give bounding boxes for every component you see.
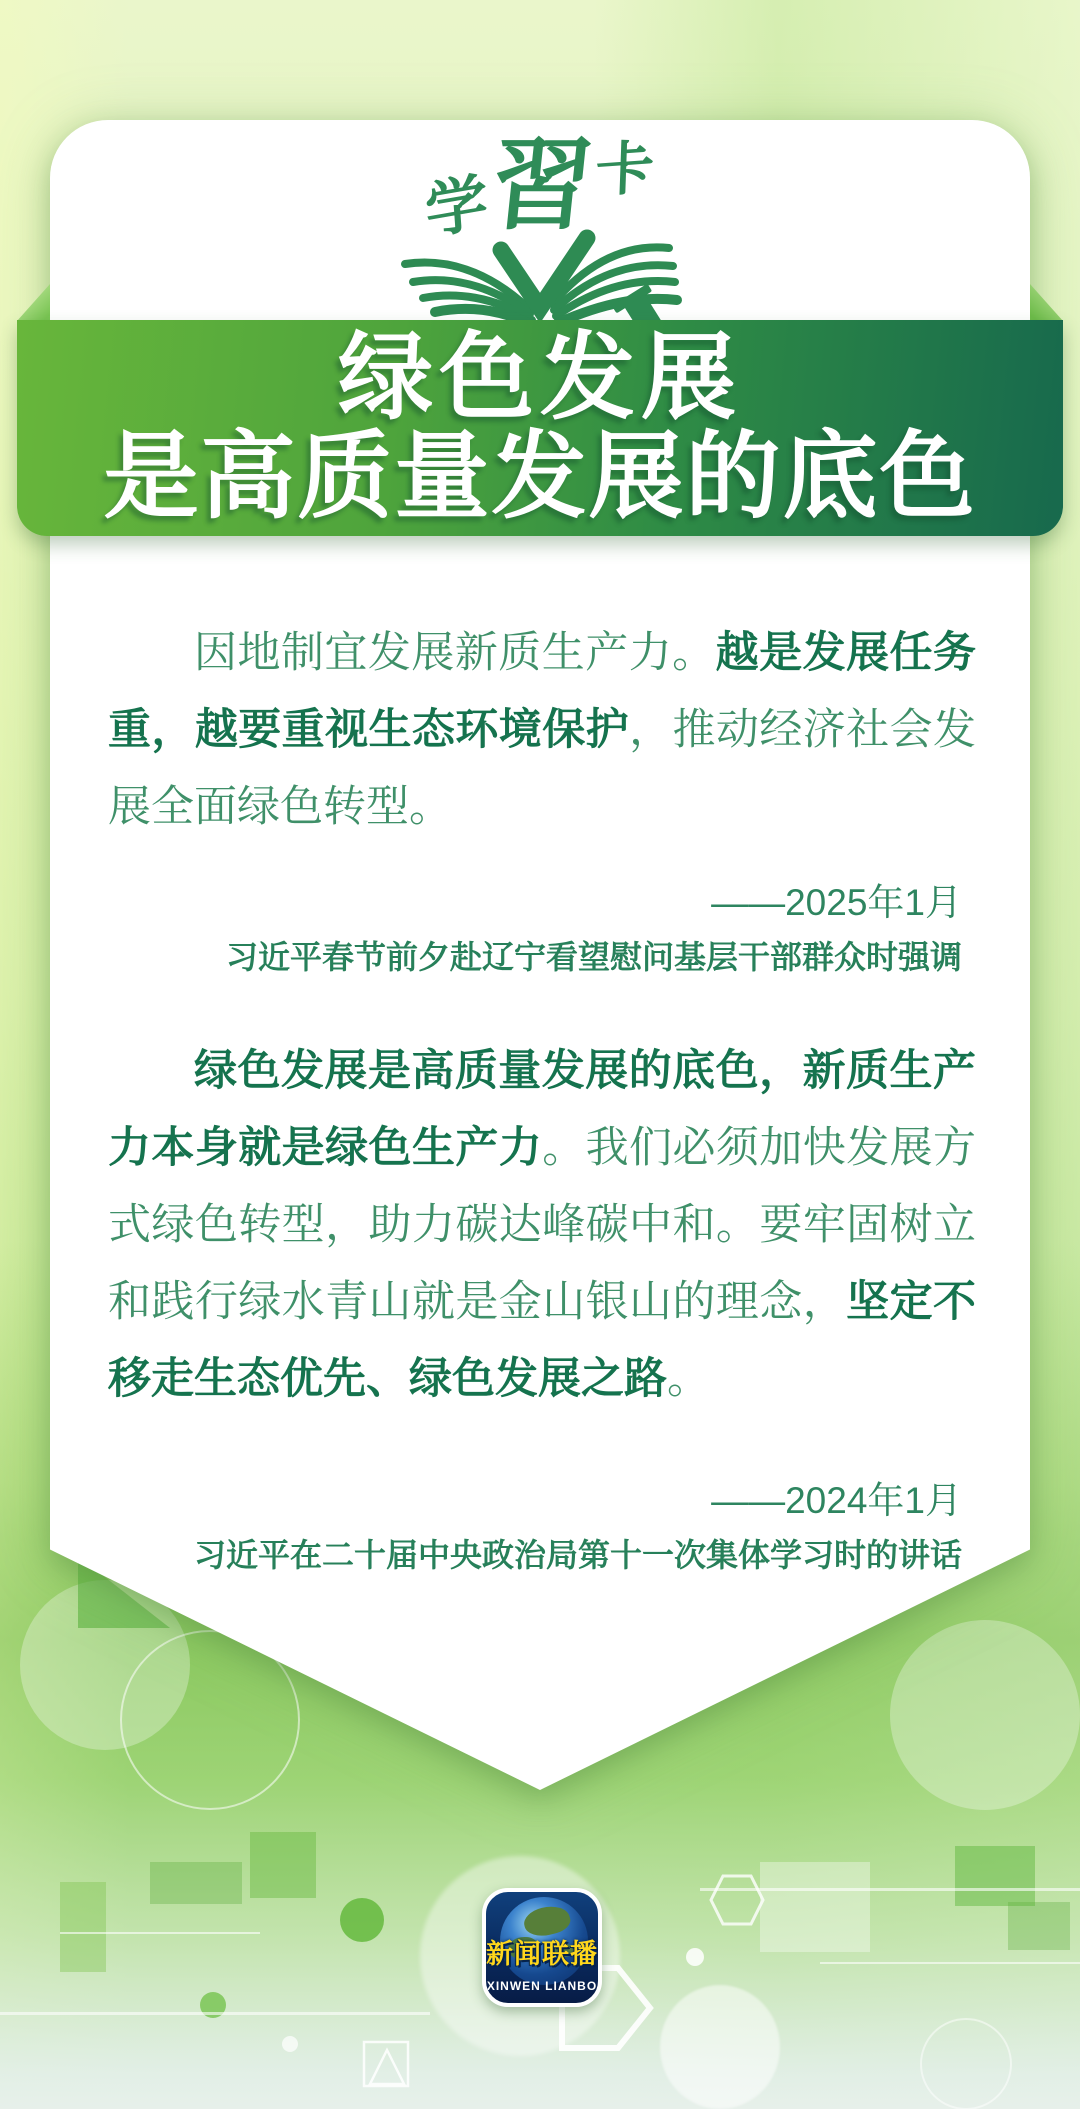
title-banner: 绿色发展 是高质量发展的底色 bbox=[17, 320, 1063, 536]
xinwen-lianbo-cn-label: 新闻联播 bbox=[486, 1932, 598, 1971]
xinwen-lianbo-en-label: XINWEN LIANBO bbox=[486, 1979, 598, 1993]
attribution-2: ——2024年1月 习近平在二十届中央政治局第十一次集体学习时的讲话 bbox=[108, 1474, 976, 1582]
quote-text-1: 因地制宜发展新质生产力。越是发展任务重，越要重视生态环境保护，推动经济社会发展全… bbox=[108, 615, 976, 846]
attribution-source-2: 习近平在二十届中央政治局第十一次集体学习时的讲话 bbox=[108, 1528, 962, 1582]
xuexika-logo: 学 習 卡 bbox=[50, 136, 1030, 342]
attribution-date-1: ——2025年1月 bbox=[108, 876, 962, 930]
xinwen-lianbo-logo: 新闻联播 XINWEN LIANBO bbox=[482, 1888, 602, 2007]
poster: 学 習 卡 bbox=[0, 0, 1080, 2109]
square-triangle-glyph bbox=[362, 2040, 412, 2090]
attribution-1: ——2025年1月 习近平春节前夕赴辽宁看望慰问基层干部群众时强调 bbox=[108, 876, 976, 984]
banner-fold-left bbox=[17, 284, 50, 321]
quote-text-2: 绿色发展是高质量发展的底色，新质生产力本身就是绿色生产力。我们必须加快发展方式绿… bbox=[108, 1033, 976, 1418]
xuexika-logo-text: 学 習 卡 bbox=[423, 136, 658, 236]
hexagon-glyph bbox=[708, 1872, 766, 1928]
banner-title-line1: 绿色发展 bbox=[338, 329, 742, 428]
banner-title-line2: 是高质量发展的底色 bbox=[103, 428, 976, 527]
attribution-date-2: ——2024年1月 bbox=[108, 1474, 962, 1528]
quote-block-1: 因地制宜发展新质生产力。越是发展任务重，越要重视生态环境保护，推动经济社会发展全… bbox=[108, 615, 976, 984]
quote-block-2: 绿色发展是高质量发展的底色，新质生产力本身就是绿色生产力。我们必须加快发展方式绿… bbox=[108, 1033, 976, 1582]
logo-char: 習 bbox=[487, 136, 598, 236]
logo-char: 学 bbox=[423, 172, 490, 244]
attribution-source-1: 习近平春节前夕赴辽宁看望慰问基层干部群众时强调 bbox=[108, 930, 962, 984]
logo-char: 卡 bbox=[595, 139, 655, 201]
banner-fold-right bbox=[1030, 284, 1063, 321]
